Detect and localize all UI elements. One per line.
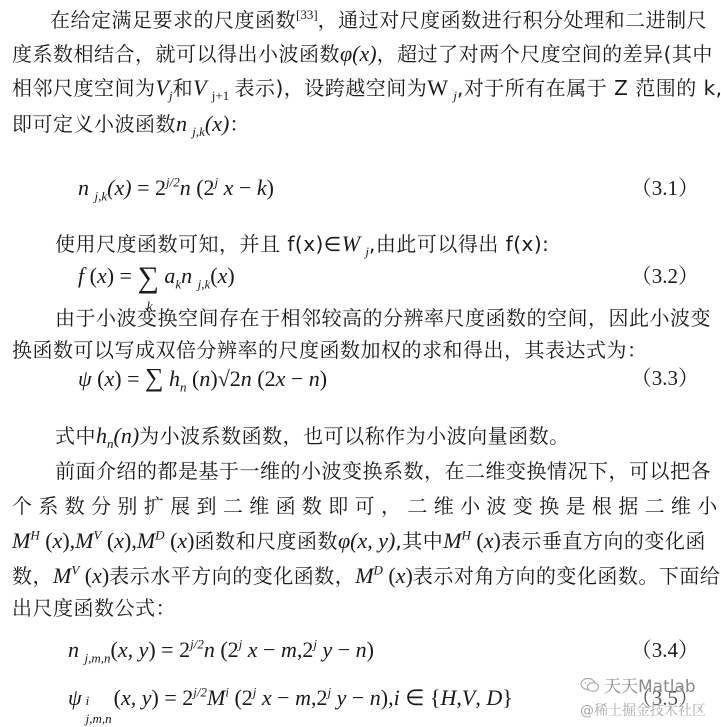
paragraph-1-line-3: 相邻尺度空间为Vj和V j+1 表示)，设跨越空间为W j,对于所有在属于 Z …: [12, 74, 721, 102]
summation-symbol: ∑k: [137, 264, 158, 292]
paragraph-3-line-2: 换函数可以写成双倍分辨率的尺度函数加权的求和得出，其表达式为：: [12, 336, 721, 364]
equation-number: （3.1）: [631, 174, 699, 202]
paragraph-5-line-1: 前面介绍的都是基于一维的小波变换系数，在二维变换情况下，可以把各: [55, 457, 721, 485]
equation-3-3-body: ψ (x) = ∑ hn (n)√2n (2x − n): [78, 364, 327, 393]
watermark: 天天Matlab @稀土掘金技术社区: [580, 672, 721, 720]
watermark-line-1: 天天Matlab: [580, 672, 721, 697]
m-v-function: MV (x): [53, 563, 109, 588]
paragraph-1-line-2: 度系数相结合，就可以得出小波函数φ(x)，超过了对两个尺度空间的差异(其中: [12, 40, 721, 68]
paragraph-5-line-5: 出尺度函数公式：: [12, 594, 721, 622]
equation-3-4-body: n j,m,n(x, y) = 2j/2n (2j x − m,2j y − n…: [68, 636, 374, 664]
equation-number: （3.4）: [631, 636, 699, 664]
paragraph-3-line-1: 由于小波变换空间存在于相邻较高的分辨率尺度函数的空间，因此小波变: [55, 304, 721, 332]
equation-3-1-body: n j,k(x) = 2j/2n (2j x − k): [78, 174, 274, 202]
paragraph-1-line-1: 在给定满足要求的尺度函数[33]，通过对尺度函数进行积分处理和二进制尺: [50, 6, 721, 34]
paragraph-5-line-2: 个 系 数 分 别 扩 展 到 二 维 函 数 即 可 ， 二 维 小 波 变 …: [12, 492, 721, 520]
equation-number: （3.2）: [631, 262, 699, 290]
watermark-line-2: @稀土掘金技术社区: [580, 700, 721, 720]
equation-3-5-body: ψij,m,n(x, y) = 2j/2Mi (2j x − m,2j y − …: [68, 684, 513, 712]
citation: [33]: [296, 7, 318, 22]
paragraph-4: 式中hn(n)为小波系数函数，也可以称作为小波向量函数。: [55, 422, 721, 450]
m-d-function: MD (x): [355, 563, 413, 588]
paragraph-5-line-3: MH (x),MV (x),MD (x)函数和尺度函数φ(x, y),其中MH …: [12, 527, 721, 555]
wechat-icon: [580, 677, 600, 693]
m-h-function: MH (x): [443, 528, 501, 553]
paragraph-2: 使用尺度函数可知，并且 f(x)∈W j,由此可以得出 f(x):: [55, 230, 721, 258]
direction-functions: MH (x),MV (x),MD (x): [12, 528, 194, 553]
paragraph-5-line-4: 数，MV (x)表示水平方向的变化函数，MD (x)表示对角方向的变化函数。下面…: [12, 562, 721, 590]
equation-number: （3.3）: [631, 364, 699, 392]
equation-3-2-body: f (x) = ∑k akn j,k(x): [78, 262, 235, 292]
paragraph-1-line-4: 即可定义小波函数n j,k(x)：: [12, 110, 721, 138]
